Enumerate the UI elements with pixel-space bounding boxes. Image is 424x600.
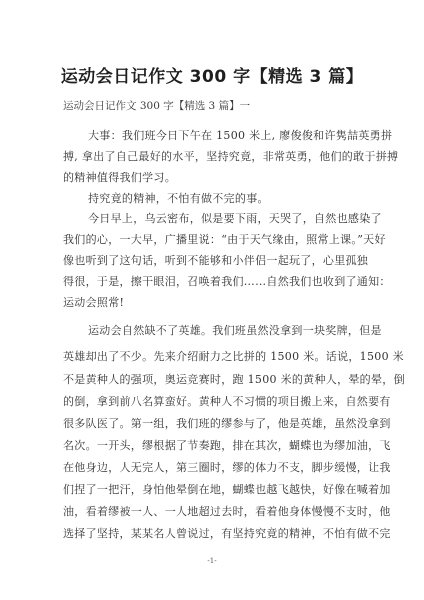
paragraph-line: 我们的心，一大早，广播里说：“由于天气缘由，照常上课。”天好 — [63, 232, 361, 248]
paragraph-line: 选择了坚持，某某名人曾说过，有坚持究竟的精神，不怕有做不完 — [63, 526, 361, 542]
paragraph-line: 得很，于是，擦干眼泪，召唤着我们……自然我们也收到了通知： — [63, 274, 361, 290]
paragraph-line: 的精神值得我们学习。 — [63, 170, 361, 186]
document-page: 运动会日记作文 300 字【精选 3 篇】 运动会日记作文 300 字【精选 3… — [0, 0, 424, 600]
paragraph-line: 持究竟的精神，不怕有做不完的事。 — [88, 191, 361, 207]
paragraph-line: 运动会照常! — [63, 295, 361, 311]
paragraph-line: 像也听到了这句话，听到不能够和小伴侣一起玩了，心里孤独 — [63, 253, 361, 269]
paragraph-line: 们捏了一把汗，身怕他晕倒在地，蝴蝶也越飞越快，好像在喊着加 — [63, 482, 361, 498]
paragraph-line: 搏, 拿出了自己最好的水平，坚持究竟，非常英勇，他们的敢于拼搏 — [63, 149, 361, 165]
page-number: -1- — [0, 555, 424, 567]
paragraph-line: 今日早上，乌云密布，似是要下雨，天哭了，自然也感染了 — [88, 211, 361, 227]
document-title: 运动会日记作文 300 字【精选 3 篇】 — [0, 64, 424, 90]
paragraph-line: 运动会自然缺不了英雄。我们班虽然没拿到一块奖牌，但是 — [88, 323, 361, 339]
paragraph-line: 大事：我们班今日下午在 1500 米上, 廖俊俊和许隽喆英勇拼 — [88, 128, 361, 144]
paragraph-line: 不是黄种人的强项，奥运竞赛时，跑 1500 米的黄种人，晕的晕，倒 — [63, 372, 361, 388]
paragraph-line: 的倒，拿到前八名算蛮好。黄种人不习惯的项目搬上来，自然要有 — [63, 394, 361, 410]
paragraph-line: 英雄却出了不少。先来介绍耐力之比拼的 1500 米。话说，1500 米 — [63, 349, 361, 365]
section-heading: 运动会日记作文 300 字【精选 3 篇】一 — [63, 98, 250, 114]
paragraph-line: 很多队医了。第一组，我们班的缪参与了，他是英雄，虽然没拿到 — [63, 416, 361, 432]
paragraph-line: 在他身边，人无完人，第三圈时，缪的体力不支，脚步缓慢，让我 — [63, 460, 361, 476]
paragraph-line: 名次。一开头，缪根据了节奏跑，排在其次，蝴蝶也为缪加油，飞 — [63, 438, 361, 454]
paragraph-line: 油，看着缪被一人、一人地超过去时，看着他身体慢慢不支时，他 — [63, 504, 361, 520]
